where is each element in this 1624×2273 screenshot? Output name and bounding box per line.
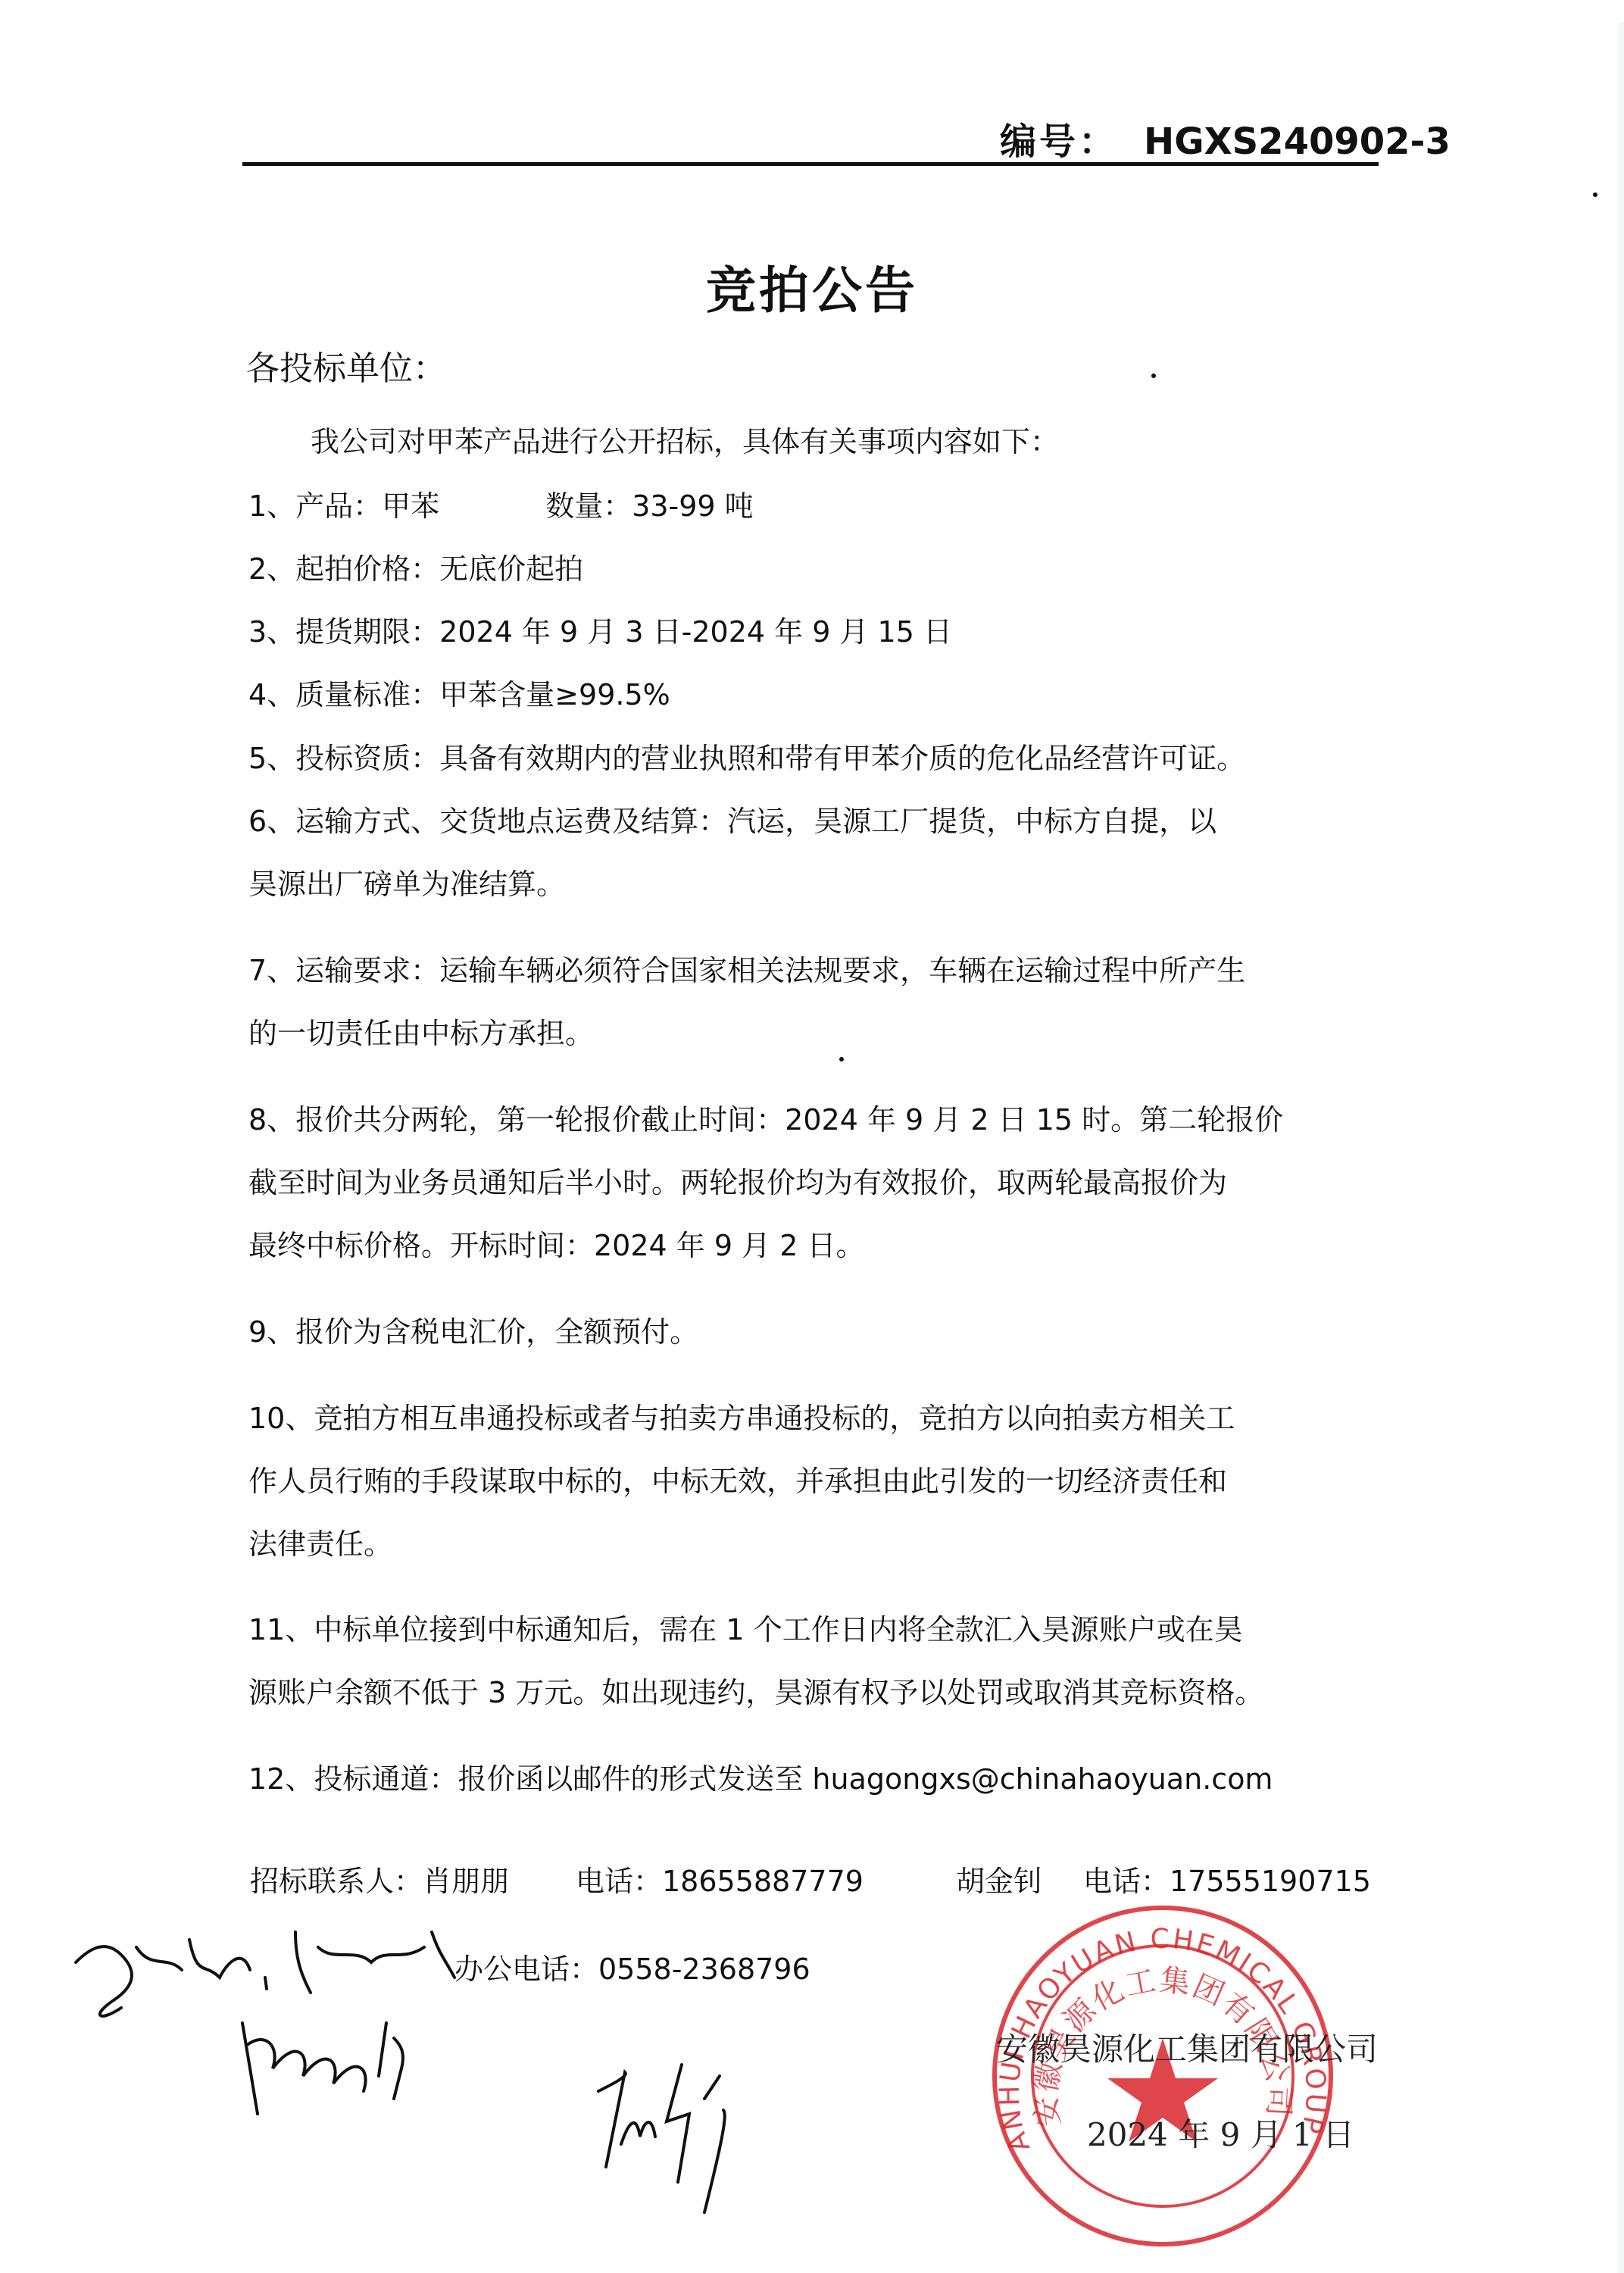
item-10-line-1: 10、竞拍方相互串通投标或者与拍卖方串通投标的，竞拍方以向拍卖方相关工 [248, 1395, 1235, 1437]
item-2: 2、起拍价格：无底价起拍 [248, 546, 583, 587]
item-8-line-3: 最终中标价格。开标时间：2024 年 9 月 2 日。 [248, 1222, 864, 1264]
item-3: 3、提货期限：2024 年 9 月 3 日-2024 年 9 月 15 日 [248, 608, 952, 650]
contact-person-1: 招标联系人：肖朋朋 [250, 1858, 509, 1899]
page-edge [1618, 23, 1624, 2273]
salutation: 各投标单位： [246, 341, 446, 389]
page-title: 竞拍公告 [0, 250, 1624, 322]
document-number-label: 编号： [1000, 120, 1118, 163]
contact-phone-1: 电话：18655887779 [576, 1858, 864, 1899]
item-9: 9、报价为含税电汇价，全额预付。 [248, 1308, 698, 1350]
company-seal-icon: ANHUI HAOYUAN CHEMICAL GROUP CO.,LTD. 安徽… [985, 1898, 1341, 2254]
intro-paragraph: 我公司对甲苯产品进行公开招标，具体有关事项内容如下： [311, 418, 1059, 460]
item-6-line-2: 昊源出厂磅单为准结算。 [248, 861, 565, 902]
signature-date: 2024 年 9 月 1 日 [1087, 2110, 1354, 2156]
item-12-text: 12、投标通道：报价函以邮件的形式发送至 huagongxs@chinahaoy… [248, 1762, 1273, 1796]
handwritten-note-icon [68, 1917, 462, 2129]
item-7-line-1: 7、运输要求：运输车辆必须符合国家相关法规要求，车辆在运输过程中所产生 [248, 947, 1245, 989]
contact-person-2: 胡金钊 [956, 1858, 1042, 1899]
speck [839, 1057, 844, 1061]
header-rule [242, 162, 1379, 166]
item-11-line-1: 11、中标单位接到中标通知后，需在 1 个工作日内将全款汇入昊源账户或在昊 [248, 1606, 1243, 1648]
item-4: 4、质量标准：甲苯含量≥99.5% [248, 671, 670, 713]
document-number: 编号：HGXS240902-3 [1000, 112, 1451, 164]
item-7-line-2: 的一切责任由中标方承担。 [248, 1010, 594, 1052]
item-8-line-2: 截至时间为业务员通知后半小时。两轮报价均为有效报价，取两轮最高报价为 [248, 1159, 1227, 1201]
contact-phone-2: 电话：17555190715 [1083, 1858, 1371, 1899]
item-12: 12、投标通道：报价函以邮件的形式发送至 huagongxs@chinahaoy… [248, 1756, 1273, 1797]
signature-scribble-icon [591, 2061, 765, 2235]
item-5: 5、投标资质：具备有效期内的营业执照和带有甲苯介质的危化品经营许可证。 [248, 735, 1245, 777]
item-1-quantity: 数量：33-99 吨 [545, 489, 754, 523]
item-8-line-1: 8、报价共分两轮，第一轮报价截止时间：2024 年 9 月 2 日 15 时。第… [248, 1096, 1283, 1138]
speck [1151, 374, 1156, 378]
document-number-value: HGXS240902-3 [1144, 120, 1451, 163]
item-1: 1、产品：甲苯数量：33-99 吨 [248, 483, 754, 524]
item-1-product: 1、产品：甲苯 [248, 489, 439, 523]
item-10-line-3: 法律责任。 [248, 1521, 392, 1562]
item-6-line-1: 6、运输方式、交货地点运费及结算：汽运，昊源工厂提货，中标方自提，以 [248, 798, 1216, 839]
speck [1593, 192, 1597, 197]
signature-company: 安徽昊源化工集团有限公司 [996, 2024, 1378, 2070]
item-10-line-2: 作人员行贿的手段谋取中标的，中标无效，并承担由此引发的一切经济责任和 [248, 1458, 1227, 1499]
item-11-line-2: 源账户余额不低于 3 万元。如出现违约，昊源有权予以处罚或取消其竞标资格。 [248, 1669, 1263, 1711]
office-phone: 办公电话：0558-2368796 [454, 1946, 810, 1987]
